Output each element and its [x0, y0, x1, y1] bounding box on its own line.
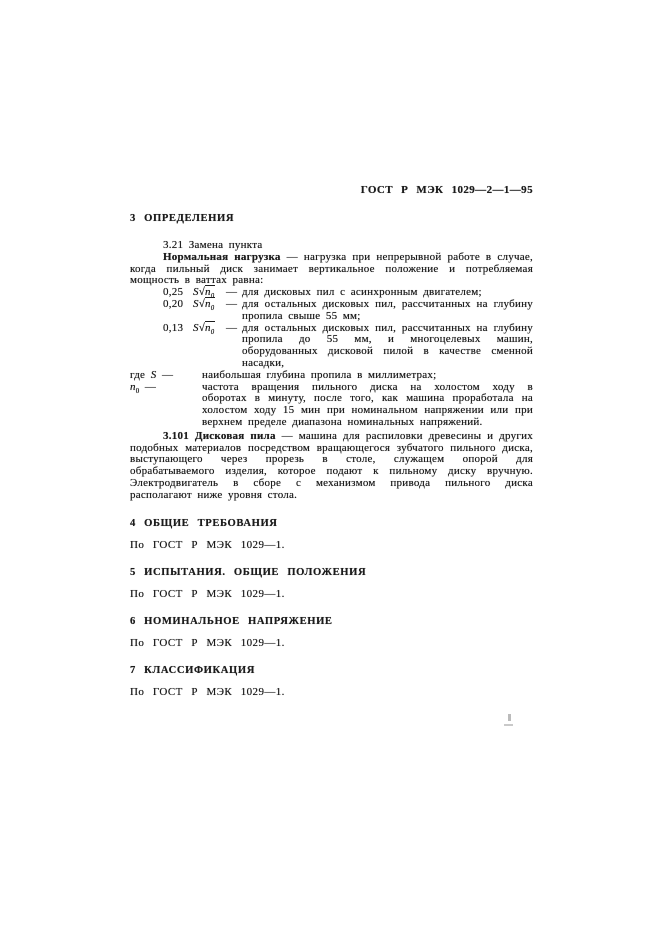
text-block: ГОСТ Р МЭК 1029—2—1—95 3 ОПРЕДЕЛЕНИЯ 3.2… — [130, 184, 533, 698]
circular-saw-text: машина для распиловки древесины и других… — [130, 430, 533, 501]
section-4-heading: 4 ОБЩИЕ ТРЕБОВАНИЯ — [130, 518, 533, 530]
var-S: S — [151, 369, 157, 381]
section-4-reference: По ГОСТ Р МЭК 1029—1. — [130, 539, 533, 551]
where-clause-row: где S — наибольшая глубина пропила в мил… — [130, 370, 533, 382]
formula-row: 0,13 S√n0 — для остальных дисковых пил, … — [130, 323, 533, 370]
where-description: наибольшая глубина пропила в миллиметрах… — [202, 370, 533, 382]
formula-expression: S√n0 — [193, 299, 226, 323]
term-circular-saw: Дисковая пила — [195, 430, 276, 442]
section-6-heading: 6 НОМИНАЛЬНОЕ НАПРЯЖЕНИЕ — [130, 616, 533, 628]
section-6-reference: По ГОСТ Р МЭК 1029—1. — [130, 637, 533, 649]
formula-row: 0,20 S√n0 — для остальных дисковых пил, … — [130, 299, 533, 323]
dash: — — [145, 381, 156, 393]
circular-saw-definition: 3.101 Дисковая пила — машина для распило… — [130, 431, 533, 502]
where-term: где S — — [130, 370, 202, 382]
where-description: частота вращения пильного диска на холос… — [202, 382, 533, 429]
dash: — — [162, 369, 173, 381]
standard-number-header: ГОСТ Р МЭК 1029—2—1—95 — [130, 184, 533, 197]
clause-number: 3.101 — [163, 430, 189, 442]
section-5-heading: 5 ИСПЫТАНИЯ. ОБЩИЕ ПОЛОЖЕНИЯ — [130, 567, 533, 579]
scan-artifact — [504, 714, 514, 728]
formula-description: для остальных дисковых пил, рассчитанных… — [242, 299, 533, 323]
var-n: n0 — [205, 321, 215, 334]
dash: — — [287, 251, 298, 263]
formula-coefficient: 0,13 — [163, 323, 193, 370]
formula-coefficient: 0,20 — [163, 299, 193, 323]
var-n: n0 — [205, 297, 215, 310]
formula-description: для остальных дисковых пил, рассчитанных… — [242, 323, 533, 370]
section-7-heading: 7 КЛАССИФИКАЦИЯ — [130, 665, 533, 677]
dash: — — [226, 299, 242, 323]
dash: — — [282, 430, 293, 442]
section-3-heading: 3 ОПРЕДЕЛЕНИЯ — [130, 213, 533, 225]
section-5-reference: По ГОСТ Р МЭК 1029—1. — [130, 588, 533, 600]
normal-load-definition: Нормальная нагрузка — нагрузка при непре… — [130, 252, 533, 287]
formula-expression: S√n0 — [193, 323, 226, 370]
where-clause-row: n0 — частота вращения пильного диска на … — [130, 382, 533, 429]
section-7-reference: По ГОСТ Р МЭК 1029—1. — [130, 686, 533, 698]
dash: — — [226, 323, 242, 370]
term-normal-load: Нормальная нагрузка — [163, 251, 281, 263]
where-term: n0 — — [130, 382, 202, 429]
document-page: ГОСТ Р МЭК 1029—2—1—95 3 ОПРЕДЕЛЕНИЯ 3.2… — [0, 0, 661, 935]
